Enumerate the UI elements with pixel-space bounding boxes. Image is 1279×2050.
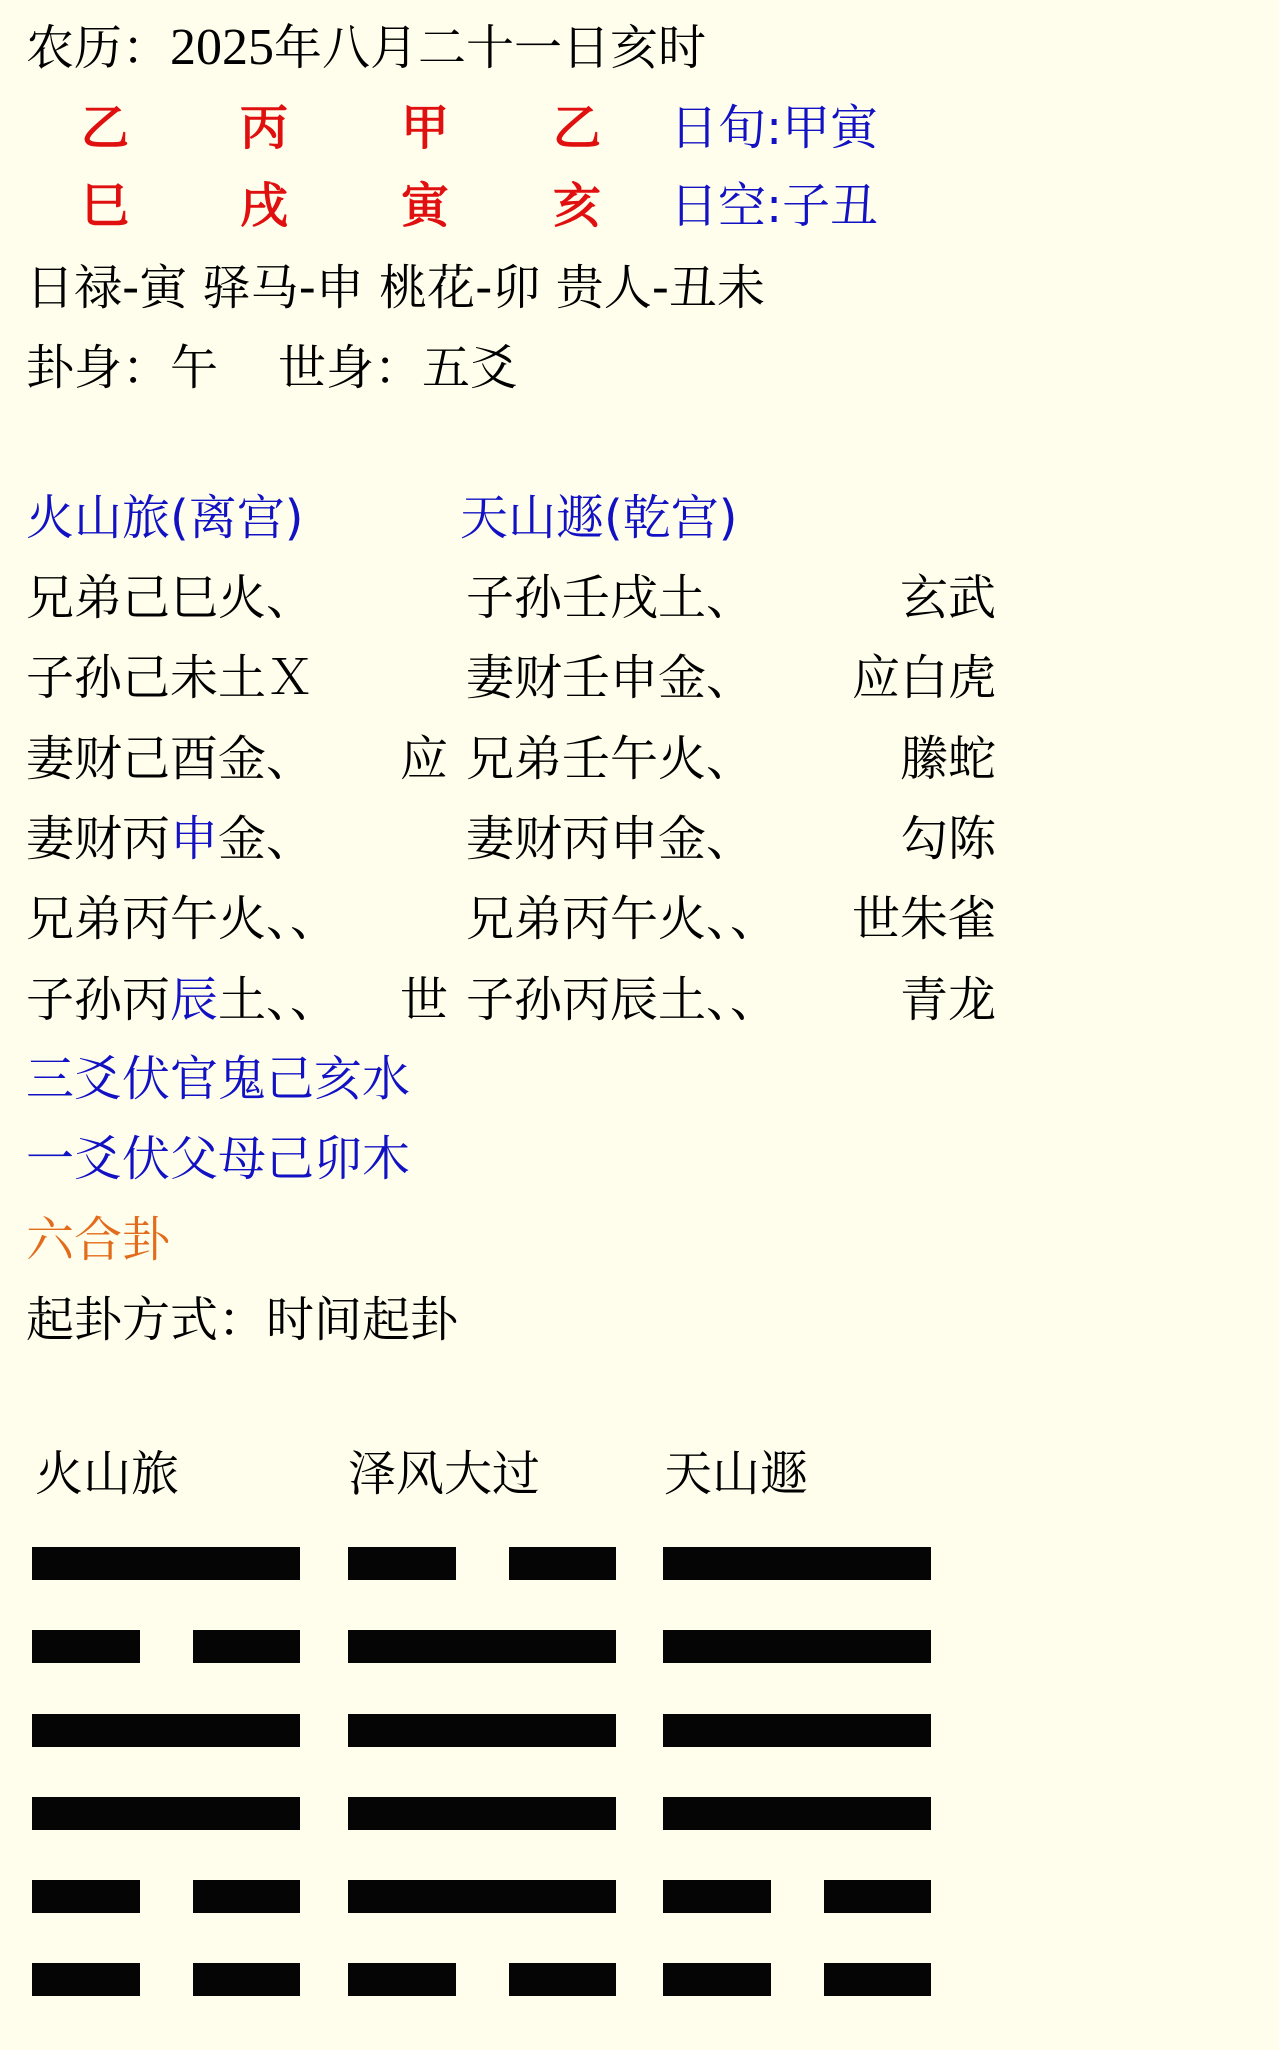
main-yao-2: 兄弟丙午火、、 (26, 891, 338, 947)
yao-text-post: 土、、 (218, 972, 338, 1028)
yang-segment (32, 1714, 300, 1747)
fushen-line-2: 一爻伏父母己卯木 (26, 1131, 410, 1187)
lunar-label: 农历： (26, 20, 170, 76)
yang-line-icon (32, 1547, 300, 1580)
shi-ying-marker: 应 (400, 731, 448, 787)
yao-text: 兄弟己巳火、 (26, 570, 314, 626)
shi-shen-value: 五爻 (422, 340, 518, 396)
month-branch: 戌 (234, 178, 294, 234)
changed-gua-title: 天山遯(乾宫) (460, 490, 737, 546)
month-stem: 丙 (234, 100, 294, 156)
changed-yao-3: 妻财丙申金、 (466, 811, 754, 867)
yin-segment (193, 1630, 300, 1663)
hexagram-main-drawing (32, 1547, 300, 2047)
day-kong: 日空:子丑 (670, 178, 878, 234)
hexagram-label-mutual: 泽风大过 (348, 1446, 540, 1502)
changed-yao-6: 子孙壬戌土、 (466, 570, 754, 626)
main-yao-1: 子孙丙辰土、、 (26, 972, 338, 1028)
yang-line-icon (663, 1630, 931, 1663)
main-yao-5: 子孙己未土Ｘ (26, 650, 314, 706)
yin-line-icon (348, 1963, 616, 1996)
liuhe-tag: 六合卦 (26, 1212, 170, 1268)
yang-segment (348, 1880, 616, 1913)
method-value: 时间起卦 (266, 1292, 458, 1348)
yin-segment (32, 1963, 140, 1996)
shensha-line: 日禄-寅 驿马-申 桃花-卯 贵人-丑未 (26, 260, 765, 316)
day-xun: 日旬:甲寅 (670, 100, 878, 156)
yin-segment (32, 1880, 140, 1913)
six-spirit: 世朱雀 (852, 891, 996, 947)
yin-segment (193, 1880, 300, 1913)
yang-line-icon (348, 1797, 616, 1830)
yin-segment (509, 1547, 616, 1580)
hexagram-label-changed: 天山遯 (664, 1446, 808, 1502)
yao-text: 妻财己酉金、 (26, 731, 314, 787)
six-spirit: 应白虎 (852, 650, 996, 706)
lunar-date: 农历：2025年八月二十一日亥时 (26, 20, 706, 76)
method-label: 起卦方式： (26, 1292, 266, 1348)
shi-ying-marker: 世 (400, 972, 448, 1028)
yin-line-icon (348, 1547, 616, 1580)
main-yao-4: 妻财己酉金、 (26, 731, 314, 787)
yin-segment (193, 1963, 300, 1996)
yang-line-icon (348, 1714, 616, 1747)
yao-text: 妻财丙 (26, 811, 170, 867)
lunar-year: 2025 (170, 19, 274, 76)
yang-segment (32, 1797, 300, 1830)
yang-segment (663, 1797, 931, 1830)
hexagram-changed-drawing (663, 1547, 931, 2047)
yin-segment (663, 1963, 771, 1996)
yin-segment (348, 1547, 456, 1580)
yao-text: 兄弟丙午火、、 (26, 891, 338, 947)
main-gua-title: 火山旅(离宫) (26, 490, 303, 546)
yang-line-icon (32, 1797, 300, 1830)
changed-yao-4: 兄弟壬午火、 (466, 731, 754, 787)
yao-text: 子孙丙 (26, 972, 170, 1028)
main-yao-6: 兄弟己巳火、 (26, 570, 314, 626)
yao-highlight: 申 (170, 811, 218, 867)
yang-segment (663, 1630, 931, 1663)
gua-shen-value: 午 (170, 340, 218, 396)
yang-line-icon (348, 1880, 616, 1913)
yin-segment (32, 1630, 140, 1663)
yang-segment (663, 1714, 931, 1747)
shi-shen-label: 世身： (278, 340, 422, 396)
body-line: 卦身：午世身：五爻 (26, 340, 518, 396)
yang-line-icon (663, 1797, 931, 1830)
year-branch: 巳 (75, 178, 135, 234)
fushen-line-1: 三爻伏官鬼己亥水 (26, 1051, 410, 1107)
yao-text-post: 金、 (218, 811, 314, 867)
yang-line-icon (663, 1714, 931, 1747)
gua-shen-label: 卦身： (26, 340, 170, 396)
yang-line-icon (663, 1547, 931, 1580)
lunar-date-rest: 年八月二十一日亥时 (274, 20, 706, 76)
yao-highlight: 辰 (170, 972, 218, 1028)
yin-segment (348, 1963, 456, 1996)
hour-stem: 乙 (547, 100, 607, 156)
yang-line-icon (348, 1630, 616, 1663)
yin-line-icon (32, 1880, 300, 1913)
hour-branch: 亥 (547, 178, 607, 234)
hexagram-label-main: 火山旅 (35, 1446, 179, 1502)
six-spirit: 玄武 (900, 570, 996, 626)
yin-segment (824, 1963, 931, 1996)
changed-yao-2: 兄弟丙午火、、 (466, 891, 778, 947)
day-stem: 甲 (395, 100, 455, 156)
yin-segment (509, 1963, 616, 1996)
yin-line-icon (32, 1963, 300, 1996)
yang-line-icon (32, 1714, 300, 1747)
hexagram-mutual-drawing (348, 1547, 616, 2047)
six-spirit: 青龙 (900, 972, 996, 1028)
day-branch: 寅 (395, 178, 455, 234)
six-spirit: 縢蛇 (900, 731, 996, 787)
changed-yao-1: 子孙丙辰土、、 (466, 972, 778, 1028)
main-yao-3: 妻财丙申金、 (26, 811, 314, 867)
yin-line-icon (32, 1630, 300, 1663)
yang-segment (348, 1797, 616, 1830)
yang-segment (348, 1630, 616, 1663)
yin-segment (824, 1880, 931, 1913)
yin-line-icon (663, 1963, 931, 1996)
yao-text: 子孙己未土Ｘ (26, 650, 314, 706)
method-line: 起卦方式：时间起卦 (26, 1292, 458, 1348)
yang-segment (348, 1714, 616, 1747)
yin-line-icon (663, 1880, 931, 1913)
six-spirit: 勾陈 (900, 811, 996, 867)
changed-yao-5: 妻财壬申金、 (466, 650, 754, 706)
yin-segment (663, 1880, 771, 1913)
yang-segment (663, 1547, 931, 1580)
yang-segment (32, 1547, 300, 1580)
year-stem: 乙 (75, 100, 135, 156)
